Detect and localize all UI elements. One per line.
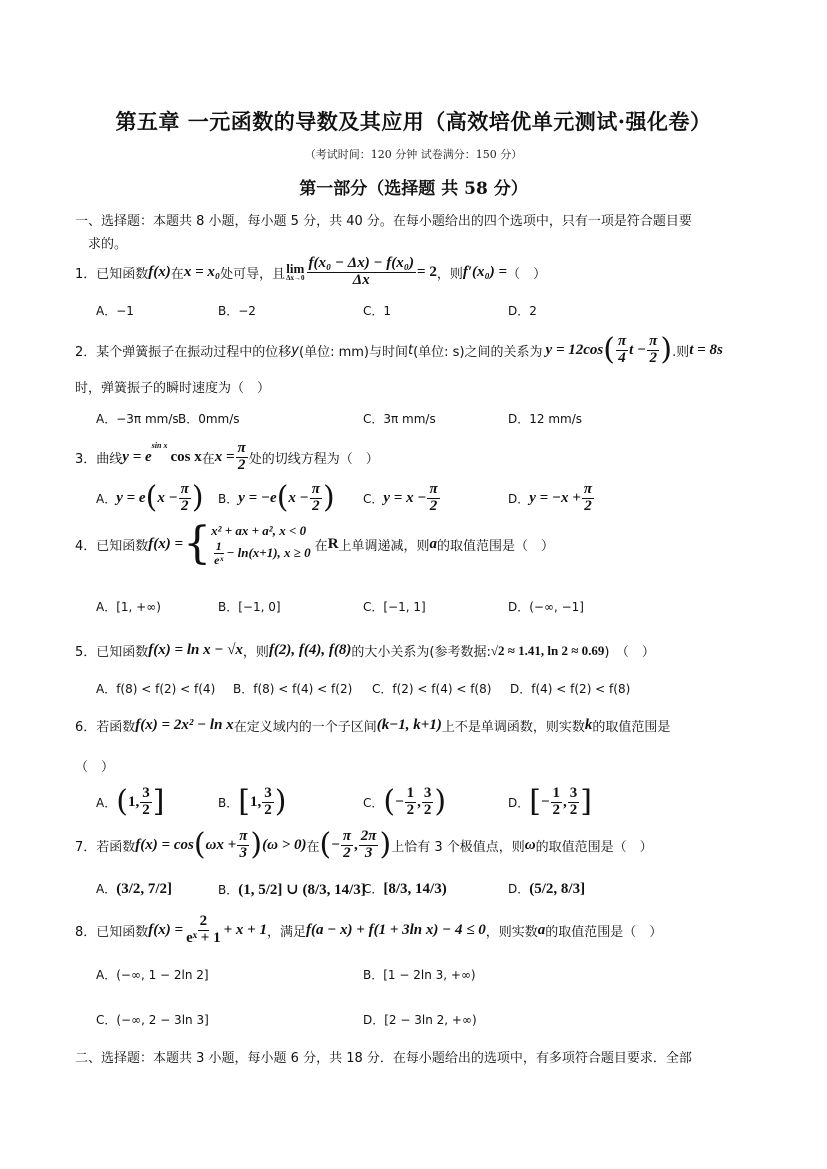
q-text: 曲线 xyxy=(96,448,122,467)
question-6-cont: （ ） xyxy=(75,756,114,775)
denominator: 2 xyxy=(262,803,274,819)
paren: ( xyxy=(603,335,615,365)
option-d[interactable]: D．[2 − 3ln 2, +∞) xyxy=(363,1011,477,1028)
q-text: 在 xyxy=(315,535,328,554)
math: + x + 1 xyxy=(224,922,267,939)
question-1: 1． 已知函数 f(x) 在 x = x₀ 处可导，且 limΔx→0 f(x₀… xyxy=(75,256,546,289)
math: [8/3, 14/3) xyxy=(383,881,446,897)
denominator: 2 xyxy=(140,803,152,819)
piece-1: x² + ax + a², x < 0 xyxy=(211,522,311,540)
option-a[interactable]: A．f(8) < f(2) < f(4) xyxy=(96,680,215,697)
math: a xyxy=(538,922,546,939)
denominator: 3 xyxy=(363,846,375,862)
option-label: D． xyxy=(508,882,529,896)
q-text: 若函数 xyxy=(96,836,135,855)
question-number: 4． xyxy=(75,535,96,554)
question-number: 6． xyxy=(75,716,96,735)
option-label: A． xyxy=(96,882,116,896)
lim-sub: Δx→0 xyxy=(286,275,304,282)
paren: ( xyxy=(320,830,332,860)
numerator: 1 xyxy=(551,786,563,803)
math: (ω > 0) xyxy=(262,837,306,854)
section2-instructions: 二、选择题：本题共 3 小题，每小题 6 分，共 18 分．在每小题给出的选项中… xyxy=(75,1047,692,1066)
option-d[interactable]: D． y = −x + π2 xyxy=(508,482,595,515)
option-a[interactable]: A． ( 1, 32 ] xyxy=(96,786,164,819)
numerator: 3 xyxy=(262,786,274,803)
question-3: 3． 曲线 y = e sin x cos x 在 x = π2 处的切线方程为… xyxy=(75,441,379,474)
option-d[interactable]: D．2 xyxy=(508,302,537,319)
math: √2 ≈ 1.41, ln 2 ≈ 0.69 xyxy=(491,643,605,659)
denominator: 2 xyxy=(568,803,580,819)
math: cos x xyxy=(170,449,201,466)
denominator: 2 xyxy=(179,499,191,515)
option-d[interactable]: D．12 mm/s xyxy=(508,410,582,427)
q-text: 若函数 xyxy=(96,716,135,735)
option-a[interactable]: A．−3π mm/s xyxy=(96,410,179,427)
q-text: 上不是单调函数，则实数 xyxy=(442,716,585,735)
option-label: D． xyxy=(508,490,529,507)
paren: ) xyxy=(250,830,262,860)
fraction: 32 xyxy=(262,786,274,819)
lim: lim xyxy=(286,262,304,276)
paren: ( xyxy=(194,830,206,860)
question-number: 5． xyxy=(75,641,96,660)
option-c[interactable]: C．[8/3, 14/3) xyxy=(363,880,447,898)
brace: { xyxy=(183,522,211,566)
math: f(x) = 2x² − ln x xyxy=(135,717,233,734)
option-a[interactable]: A．(3/2, 7/2] xyxy=(96,880,172,898)
q-text: (单位: mm)与时间 xyxy=(299,341,408,360)
question-5: 5． 已知函数 f(x) = ln x − √x ，则 f(2), f(4), … xyxy=(75,641,655,660)
fraction: 12 xyxy=(551,786,563,819)
math: k xyxy=(585,717,593,734)
q-text: 某个弹簧振子在振动过程中的位移 xyxy=(96,341,291,360)
fraction: π2 xyxy=(427,482,439,515)
denominator: 3 xyxy=(238,846,250,862)
option-b[interactable]: B．(1, 5/2] ∪ (8/3, 14/3] xyxy=(218,880,366,899)
math: − xyxy=(331,837,340,854)
bracket: ) xyxy=(434,787,446,817)
q-text: 上单调递减，则 xyxy=(339,535,430,554)
q-text: 已知函数 xyxy=(96,641,148,660)
numerator: 1 xyxy=(214,540,224,554)
math: (3/2, 7/2] xyxy=(116,881,172,897)
math: − ln(x+1), x ≥ 0 xyxy=(227,544,311,562)
question-2-cont: 时，弹簧振子的瞬时速度为（ ） xyxy=(75,377,270,396)
option-b[interactable]: B．[−1, 0] xyxy=(218,598,281,615)
math: a xyxy=(430,536,438,553)
option-c[interactable]: C．1 xyxy=(363,302,391,319)
option-c[interactable]: C．3π mm/s xyxy=(363,410,436,427)
math: y = −e xyxy=(238,490,276,507)
numerator: π xyxy=(582,482,594,499)
denominator: eˣ xyxy=(212,554,225,567)
numerator: 1 xyxy=(405,786,417,803)
q-text: 的大小关系为(参考数据: xyxy=(351,641,490,660)
section1-instructions: 一、选择题：本题共 8 小题，每小题 5 分，共 40 分。在每小题给出的四个选… xyxy=(75,210,692,229)
paren: ) xyxy=(192,483,204,513)
math: ω xyxy=(525,837,536,854)
denominator: 2 xyxy=(405,803,417,819)
exam-info: （考试时间：120 分钟 试卷满分：150 分） xyxy=(0,146,827,162)
numerator: 3 xyxy=(422,786,434,803)
q-text: 在 xyxy=(202,448,215,467)
q-text: 已知函数 xyxy=(96,535,148,554)
paren: ( xyxy=(146,483,158,513)
limit: limΔx→0 xyxy=(286,262,304,283)
math: x − xyxy=(157,490,177,507)
q-text: 处可导，且 xyxy=(220,263,285,282)
q-text: ，则实数 xyxy=(486,921,538,940)
option-b[interactable]: B． y = −e ( x − π2 ) xyxy=(218,482,335,515)
math: ωx + xyxy=(206,837,237,854)
math: x = x₀ xyxy=(184,264,220,281)
math: x − xyxy=(288,490,308,507)
question-number: 8． xyxy=(75,921,96,940)
denominator: 4 xyxy=(616,351,628,367)
math: f(x) = ln x − √x xyxy=(148,642,243,659)
numerator: π xyxy=(237,829,249,846)
fraction: π3 xyxy=(237,829,249,862)
math: y = x − xyxy=(383,490,426,507)
question-2: 2． 某个弹簧振子在振动过程中的位移 y (单位: mm)与时间 t (单位: … xyxy=(75,334,723,367)
math: f(x) = xyxy=(148,536,183,553)
fraction: π2 xyxy=(341,829,353,862)
paren: ) xyxy=(660,335,672,365)
option-label: C． xyxy=(363,794,383,811)
question-6: 6． 若函数 f(x) = 2x² − ln x 在定义域内的一个子区间 (k−… xyxy=(75,716,670,735)
q-text: 在定义域内的一个子区间 xyxy=(234,716,377,735)
option-label: B． xyxy=(218,490,238,507)
math: f(x) = cos xyxy=(135,837,194,854)
math: f(a − x) + f(1 + 3ln x) − 4 ≤ 0 xyxy=(306,922,486,939)
fraction: π2 xyxy=(582,482,594,515)
option-label: D． xyxy=(508,794,529,811)
numerator: π xyxy=(616,334,628,351)
numerator: 3 xyxy=(140,786,152,803)
bracket: [ xyxy=(529,787,541,817)
q-text: 处的切线方程为（ ） xyxy=(249,448,379,467)
numerator: f(x₀ − Δx) − f(x₀) xyxy=(307,256,417,273)
option-c[interactable]: C． y = x − π2 xyxy=(363,482,441,515)
option-d[interactable]: D．(5/2, 8/3] xyxy=(508,880,585,898)
q-text: 的取值范围是（ ） xyxy=(536,836,653,855)
option-b[interactable]: B． [ 1, 32 ) xyxy=(218,786,286,819)
option-label: A． xyxy=(96,794,116,811)
q-text: (单位: s)之间的关系为 xyxy=(413,341,542,360)
numerator: π xyxy=(179,482,191,499)
fraction: π2 xyxy=(647,334,659,367)
bracket: ( xyxy=(383,787,395,817)
bracket: [ xyxy=(238,787,250,817)
question-7: 7． 若函数 f(x) = cos ( ωx + π3 ) (ω > 0) 在 … xyxy=(75,829,653,862)
math: y = 12cos xyxy=(546,342,604,359)
section1-instructions-cont: 求的。 xyxy=(88,233,127,252)
math: f(2), f(4), f(8) xyxy=(269,642,351,659)
option-b[interactable]: B．−2 xyxy=(218,302,256,319)
question-number: 2． xyxy=(75,341,96,360)
exponent: sin x xyxy=(152,441,168,450)
option-a[interactable]: A． y = e ( x − π2 ) xyxy=(96,482,204,515)
numerator: 2π xyxy=(359,829,379,846)
fraction: 1eˣ xyxy=(212,540,225,566)
option-a[interactable]: A．(−∞, 1 − 2ln 2] xyxy=(96,966,209,983)
question-number: 7． xyxy=(75,836,96,855)
math: (1, 5/2] ∪ (8/3, 14/3] xyxy=(238,882,366,898)
math: x = xyxy=(215,449,235,466)
q-text: 已知函数 xyxy=(96,263,148,282)
denominator: Δx xyxy=(351,273,372,289)
math: (k−1, k+1) xyxy=(377,717,442,734)
fraction: 32 xyxy=(140,786,152,819)
question-8: 8． 已知函数 f(x) = 2eˣ + 1 + x + 1 ，满足 f(a −… xyxy=(75,914,662,947)
question-4: 4． 已知函数 f(x) = { x² + ax + a², x < 0 1eˣ… xyxy=(75,522,554,566)
piece-2: 1eˣ − ln(x+1), x ≥ 0 xyxy=(211,540,311,566)
math: 1 xyxy=(250,794,258,811)
denominator: 2 xyxy=(341,846,353,862)
fraction: π2 xyxy=(179,482,191,515)
answer-blank: （ ） xyxy=(507,263,546,282)
option-c[interactable]: C．[−1, 1] xyxy=(363,598,426,615)
math: y = −x + xyxy=(529,490,581,507)
option-label: C． xyxy=(363,882,383,896)
numerator: π xyxy=(341,829,353,846)
option-label: B． xyxy=(218,794,238,811)
math: f(x) xyxy=(148,264,171,281)
math: t − xyxy=(629,342,646,359)
paren: ( xyxy=(277,483,289,513)
fraction: 32 xyxy=(568,786,580,819)
denominator: 2 xyxy=(551,803,563,819)
option-c[interactable]: C．f(2) < f(4) < f(8) xyxy=(372,680,491,697)
option-c[interactable]: C．(−∞, 2 − 3ln 3] xyxy=(96,1011,209,1028)
q-text: ，满足 xyxy=(267,921,306,940)
math: f′(x₀) = xyxy=(463,264,507,281)
math: y = e xyxy=(116,490,145,507)
denominator: 2 xyxy=(648,351,660,367)
q-text: ，则 xyxy=(243,641,269,660)
option-a[interactable]: A．−1 xyxy=(96,302,134,319)
paren: ) xyxy=(379,830,391,860)
q-text: 在 xyxy=(171,263,184,282)
document-title: 第五章 一元函数的导数及其应用（高效培优单元测试·强化卷） xyxy=(0,106,827,136)
option-b[interactable]: B．f(8) < f(4) < f(2) xyxy=(233,680,352,697)
bracket: ] xyxy=(153,787,165,817)
bracket: ) xyxy=(275,787,287,817)
denominator: eˣ + 1 xyxy=(184,931,223,947)
q-text: 已知函数 xyxy=(96,921,148,940)
option-a[interactable]: A．[1, +∞) xyxy=(96,598,161,615)
option-label: A． xyxy=(96,490,116,507)
math: t = 8s xyxy=(689,342,723,359)
question-number: 3． xyxy=(75,448,96,467)
numerator: π xyxy=(647,334,659,351)
numerator: 3 xyxy=(568,786,580,803)
fraction: 2eˣ + 1 xyxy=(184,914,223,947)
math: 1 xyxy=(128,794,136,811)
denominator: 2 xyxy=(428,499,440,515)
q-text: 的取值范围是 xyxy=(592,716,670,735)
q-text: 的取值范围是（ ） xyxy=(545,921,662,940)
option-label: B． xyxy=(218,883,238,897)
numerator: π xyxy=(236,441,248,458)
math: R xyxy=(328,536,339,553)
math: y = e xyxy=(122,449,151,466)
denominator: 2 xyxy=(236,458,248,474)
math: (5/2, 8/3] xyxy=(529,881,585,897)
numerator: π xyxy=(427,482,439,499)
q-text: .则 xyxy=(672,341,689,360)
option-b[interactable]: B．[1 − 2ln 3, +∞) xyxy=(363,966,476,983)
math: y xyxy=(291,343,299,358)
fraction: π2 xyxy=(236,441,248,474)
question-number: 1． xyxy=(75,263,96,282)
fraction: 12 xyxy=(405,786,417,819)
fraction: 32 xyxy=(422,786,434,819)
numerator: 2 xyxy=(198,914,210,931)
fraction: π4 xyxy=(616,334,628,367)
q-text: 在 xyxy=(307,836,320,855)
math: = 2 xyxy=(417,264,437,281)
option-b[interactable]: B．0mm/s xyxy=(178,410,240,427)
piecewise: x² + ax + a², x < 0 1eˣ − ln(x+1), x ≥ 0 xyxy=(211,522,311,566)
denominator: 2 xyxy=(310,499,322,515)
answer-blank: ) （ ） xyxy=(604,641,655,660)
bracket: ( xyxy=(116,787,128,817)
option-d[interactable]: D．f(4) < f(2) < f(8) xyxy=(510,680,630,697)
denominator: 2 xyxy=(422,803,434,819)
paren: ) xyxy=(323,483,335,513)
q-text: 上恰有 3 个极值点，则 xyxy=(391,836,525,855)
bracket: ] xyxy=(580,787,592,817)
fraction: 2π3 xyxy=(359,829,379,862)
numerator: π xyxy=(310,482,322,499)
math: f(x) = xyxy=(148,922,183,939)
part-heading: 第一部分（选择题 共 58 分） xyxy=(0,174,827,199)
q-text: ，则 xyxy=(437,263,463,282)
denominator: 2 xyxy=(582,499,594,515)
fraction: π2 xyxy=(310,482,322,515)
option-d[interactable]: D． [ − 12, 32 ] xyxy=(508,786,592,819)
option-label: C． xyxy=(363,490,383,507)
option-c[interactable]: C． ( − 12, 32 ) xyxy=(363,786,446,819)
option-d[interactable]: D．(−∞, −1] xyxy=(508,598,584,615)
fraction: f(x₀ − Δx) − f(x₀)Δx xyxy=(307,256,417,289)
q-text: 的取值范围是（ ） xyxy=(437,535,554,554)
